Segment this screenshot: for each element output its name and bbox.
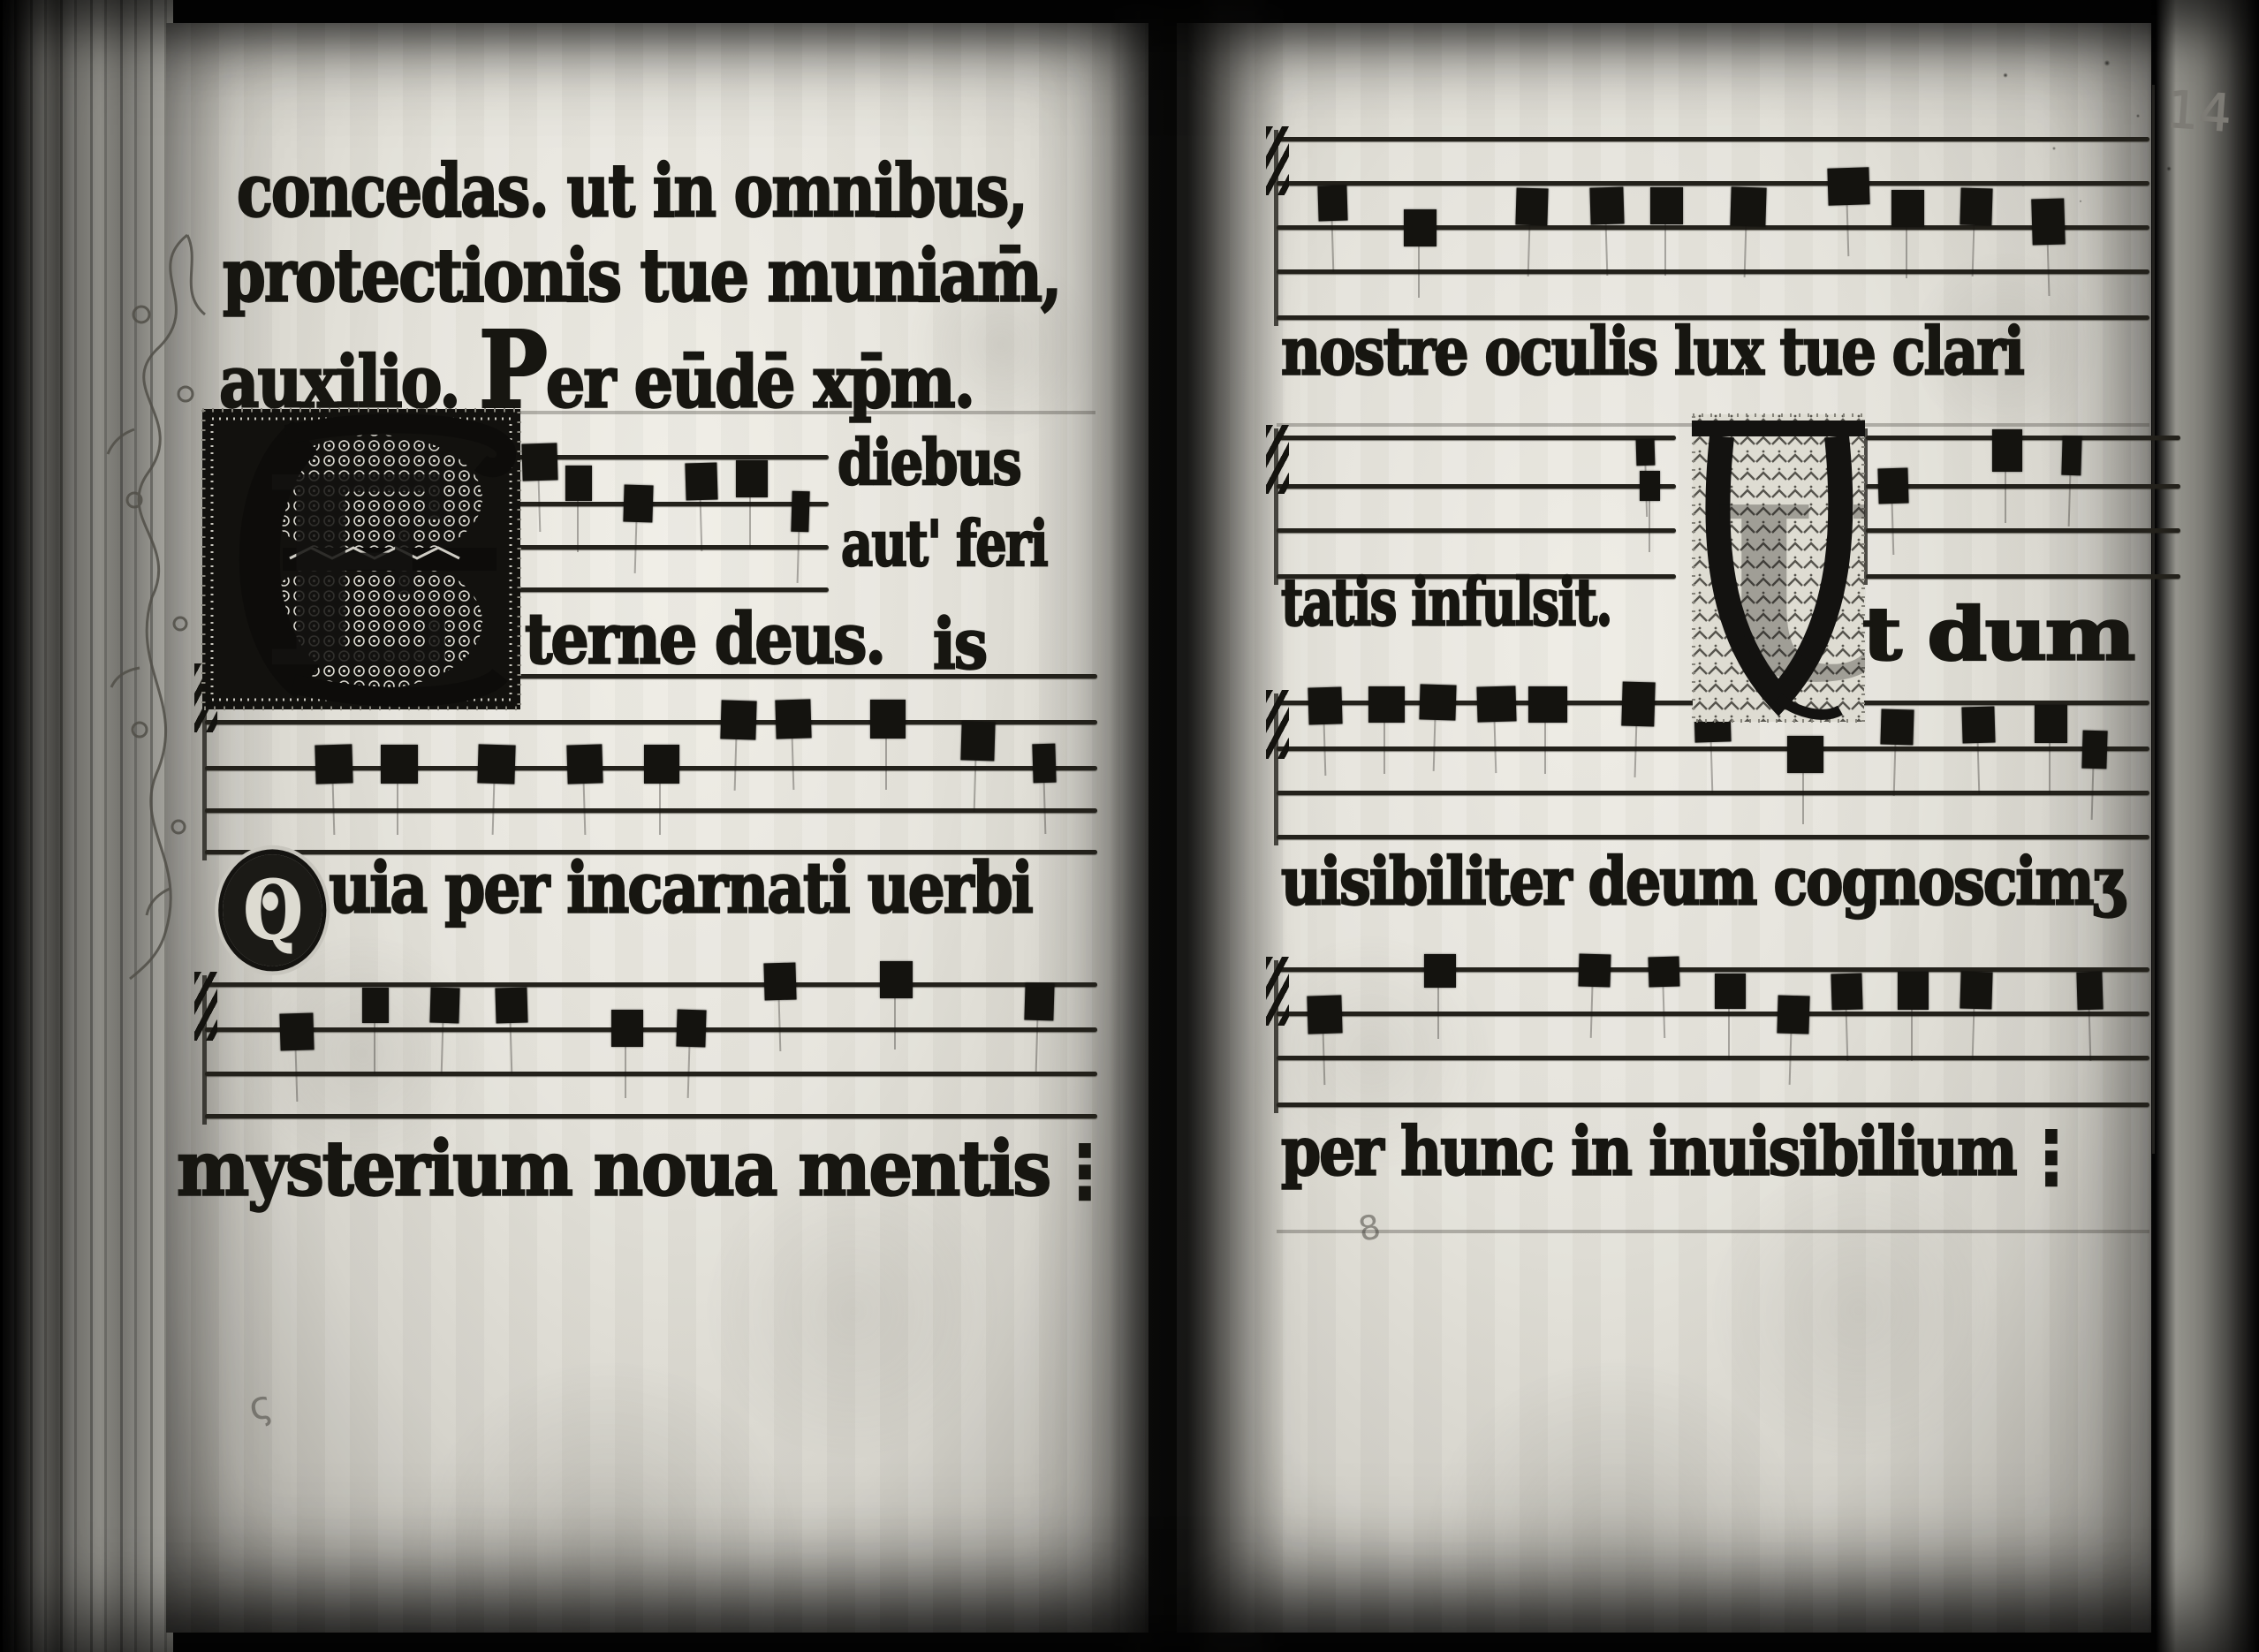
- folio-number: 14: [2164, 80, 2233, 144]
- neume-note: [736, 460, 768, 497]
- neume-note: [1528, 686, 1567, 723]
- neume-note: [566, 744, 603, 784]
- text-t-dum: t dum: [1862, 595, 2134, 672]
- neume-note: [1777, 995, 1809, 1034]
- neume-note: [1650, 187, 1683, 224]
- staff-start-tick: [1266, 957, 1289, 1026]
- neume-note: [1419, 684, 1456, 720]
- neume-note: [381, 745, 418, 784]
- text-segment: er eūdē xp̄m.: [546, 339, 974, 423]
- neume-note: [1032, 744, 1056, 784]
- neume-note: [1730, 186, 1766, 226]
- ornate-initial-Q: Q: [223, 854, 322, 966]
- neume-note: [1621, 681, 1655, 726]
- neume-note: [1589, 186, 1624, 224]
- fore-edge-pages: [2147, 0, 2259, 1652]
- staff-line: [1277, 269, 2149, 274]
- staff-right-c: [1277, 948, 2149, 1124]
- staff-line: [1277, 1056, 2149, 1060]
- neume-note: [960, 721, 995, 761]
- manuscript-photo: E U 14 concedas. ut in omnibus,protectio…: [0, 0, 2259, 1652]
- neume-note: [315, 744, 352, 784]
- neume-note: [477, 744, 515, 784]
- neume-note: [1317, 186, 1347, 222]
- staff-start-tick: [194, 972, 217, 1041]
- neume-note: [429, 988, 459, 1024]
- neume-note: [1024, 983, 1054, 1021]
- text-concedas: concedas. ut in omnibus,: [237, 152, 1027, 229]
- neume-note: [2031, 198, 2066, 245]
- neume-note: [1515, 187, 1548, 225]
- staff-start-tick: [1266, 126, 1289, 195]
- staff-line: [1277, 746, 2149, 751]
- margin-ruling-line: [2152, 85, 2155, 1154]
- neume-note: [611, 1010, 643, 1047]
- staff-line: [1277, 181, 2149, 186]
- text-uisibiliter: uisibiliter deum cognoscimʒ: [1281, 848, 2123, 916]
- staff-line: [1277, 436, 1676, 440]
- neume-note: [1649, 956, 1680, 987]
- staff-line: [1277, 967, 2149, 972]
- neume-note: [1424, 954, 1456, 988]
- neume-note: [1368, 686, 1405, 723]
- text-nostre: nostre oculis lux tue clari: [1281, 318, 2023, 386]
- staff-right-top: [1277, 117, 2149, 337]
- staff-line: [1866, 484, 2180, 489]
- text-segment: uia per incarnati uerbi: [329, 848, 1032, 929]
- text-tatis: tatis infulsit.: [1281, 569, 1611, 637]
- staff-line: [1277, 528, 1676, 533]
- neume-note: [495, 987, 527, 1023]
- staff-line: [205, 1072, 1097, 1076]
- neume-note: [1476, 686, 1516, 722]
- neume-note: [2061, 436, 2081, 476]
- staff-left-mini: [495, 436, 829, 609]
- text-aut-feri: aut' feri: [841, 511, 1047, 577]
- neume-note: [1827, 167, 1869, 205]
- neume-note: [279, 1012, 314, 1050]
- staff-line: [205, 1114, 1097, 1118]
- neume-note: [1308, 686, 1342, 724]
- neume-note: [775, 699, 811, 739]
- text-segment: auxilio.: [219, 339, 479, 423]
- neume-note: [1307, 995, 1342, 1034]
- neume-note: [870, 700, 906, 739]
- initial-letter-E: E: [260, 420, 459, 710]
- neume-note: [1898, 972, 1929, 1010]
- neume-note: [1960, 187, 1992, 225]
- neume-note: [1636, 439, 1656, 466]
- staff-start-tick: [1266, 690, 1289, 759]
- staff-line: [1277, 1103, 2149, 1107]
- neume-note: [2076, 972, 2103, 1011]
- text-terne-deus: terne deus.: [525, 604, 884, 677]
- neume-note: [720, 700, 756, 739]
- staff-line: [205, 808, 1097, 813]
- neume-note: [1877, 468, 1908, 504]
- line-filler-right: ⋮: [2020, 1120, 2083, 1197]
- staff-line: [1277, 835, 2149, 839]
- staff-right-mini-right: [1866, 416, 2180, 595]
- text-quia: Quia per incarnati uerbi: [223, 853, 1032, 966]
- illuminated-initial-E: E: [201, 408, 521, 710]
- text-per-hunc: per hunc in inuisibilium: [1281, 1117, 2016, 1187]
- neume-note: [1787, 736, 1823, 773]
- neume-note: [1831, 973, 1862, 1010]
- neume-note: [676, 1010, 706, 1048]
- staff-line: [1277, 137, 2149, 141]
- neume-note: [521, 443, 557, 481]
- staff-line: [1277, 484, 1676, 489]
- text-protectionis: protectionis tue muniam̄,: [223, 237, 1060, 314]
- ornate-initial-P: P: [479, 309, 546, 432]
- staff-line: [205, 982, 1097, 987]
- neume-note: [565, 466, 592, 501]
- text-mysterium: mysterium noua mentis: [177, 1131, 1050, 1209]
- staff-line: [1866, 574, 2180, 579]
- neume-note: [880, 961, 913, 998]
- illuminated-initial-U: U: [1692, 413, 1865, 723]
- neume-note: [362, 988, 389, 1023]
- staff-line: [495, 587, 829, 592]
- neume-note: [1961, 706, 1995, 743]
- text-diebus: diebus: [838, 429, 1020, 496]
- text-is: is: [933, 610, 986, 682]
- neume-note: [2081, 731, 2107, 769]
- staff-start-tick: [1266, 425, 1289, 494]
- neume-note: [1640, 471, 1660, 501]
- neume-note: [644, 745, 679, 784]
- neume-note: [1578, 953, 1611, 987]
- neume-note: [763, 962, 796, 1000]
- neume-note: [1404, 209, 1437, 246]
- neume-note: [1992, 429, 2022, 472]
- neume-note: [1715, 974, 1746, 1009]
- neume-note: [2035, 705, 2067, 743]
- text-ruling-line: [1277, 1230, 2149, 1233]
- neume-note: [791, 491, 809, 533]
- staff-line: [1866, 436, 2180, 440]
- staff-line: [495, 502, 829, 506]
- neume-note: [1891, 190, 1924, 227]
- initial-letter-U: U: [1711, 454, 1865, 723]
- staff-line: [205, 1027, 1097, 1032]
- staff-line: [495, 545, 829, 549]
- staff-line: [1277, 1012, 2149, 1016]
- staff-left-b: [205, 963, 1097, 1135]
- staff-line: [1866, 528, 2180, 533]
- neume-note: [1960, 971, 1992, 1009]
- text-auxilio: auxilio. Per eūdē xp̄m.: [219, 316, 974, 427]
- line-filler-left: ⋮: [1053, 1134, 1117, 1211]
- neume-note: [1880, 709, 1914, 745]
- neume-note: [685, 462, 717, 500]
- neume-note: [623, 485, 653, 523]
